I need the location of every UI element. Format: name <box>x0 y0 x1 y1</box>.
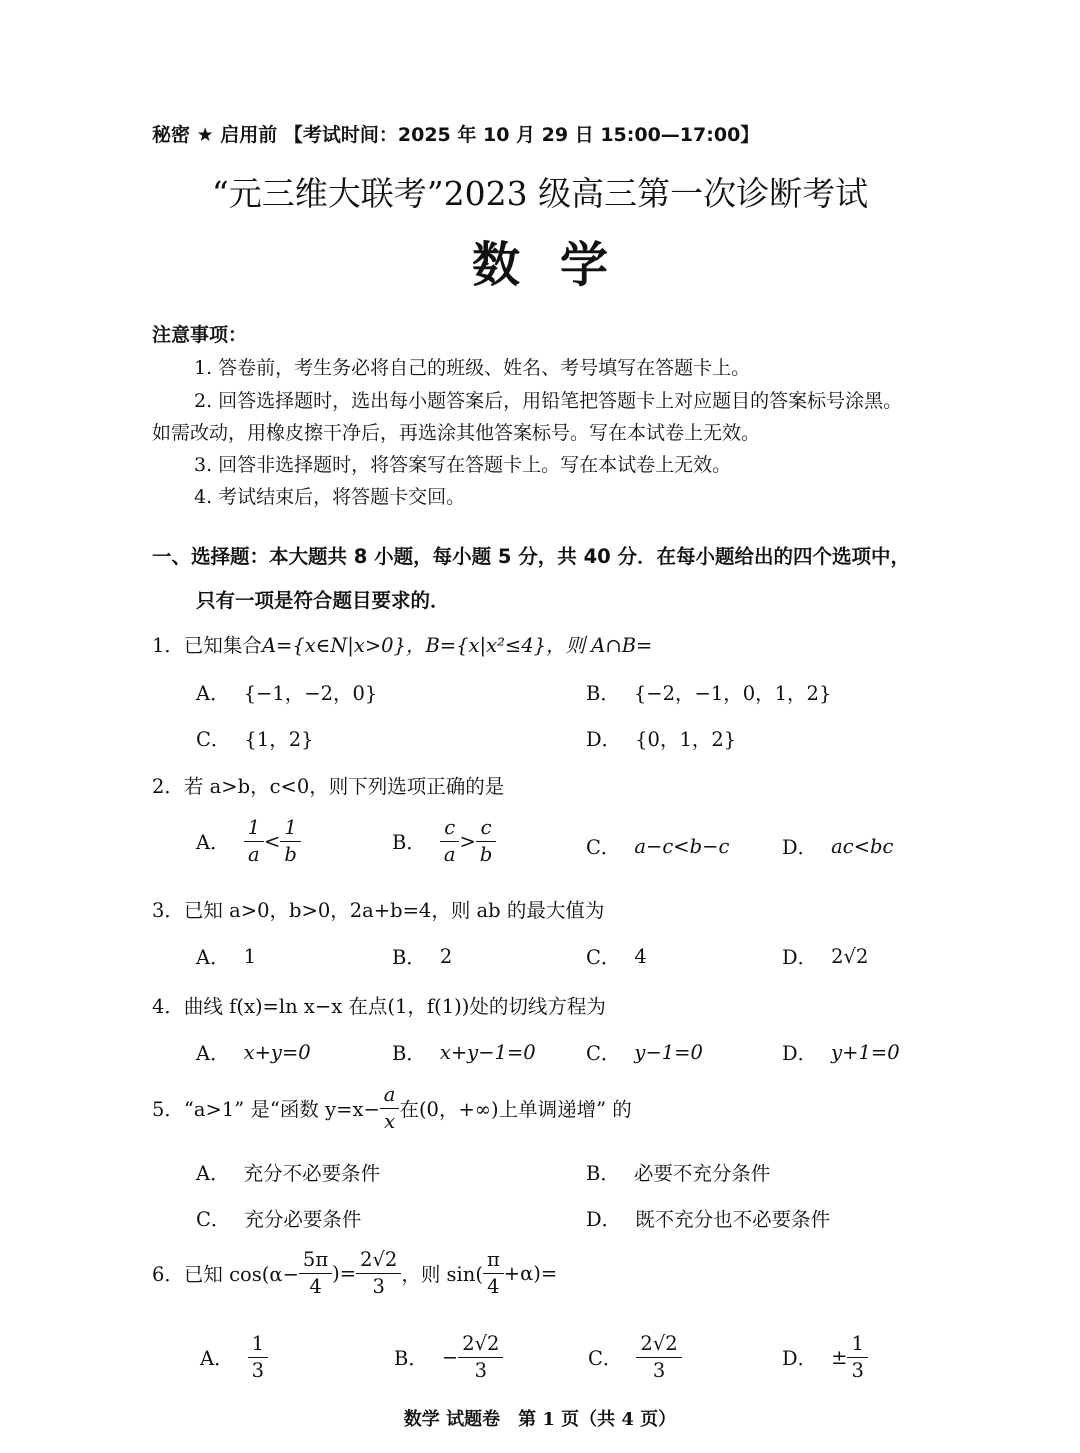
page-footer: 数学 试题卷 第 1 页（共 4 页） <box>0 1405 1080 1431</box>
option-letter: C． <box>586 1038 620 1066</box>
q6-option-a[interactable]: A． 13 <box>200 1334 268 1380</box>
question-4: 4．曲线 f(x)=ln x−x 在点(1，f(1))处的切线方程为 <box>152 991 606 1019</box>
question-stem: 已知集合 <box>184 634 262 657</box>
equals: )= <box>332 1262 356 1285</box>
option-letter: C． <box>586 942 620 970</box>
option-letter: B． <box>586 1158 620 1186</box>
option-letter: A． <box>196 1038 230 1066</box>
option-text: {−1，−2，0} <box>244 678 378 706</box>
question-stem-post: 在(0，+∞)上单调递增” 的 <box>399 1094 631 1122</box>
fraction: π4 <box>485 1250 502 1296</box>
option-letter: D． <box>782 1038 817 1066</box>
notice-item-1: 1. 答卷前，考生务必将自己的班级、姓名、考号填写在答题卡上。 <box>194 353 750 380</box>
option-letter: B． <box>392 827 426 855</box>
section-heading: 一、选择题：本大题共 8 小题，每小题 5 分，共 40 分．在每小题给出的四个… <box>152 541 910 569</box>
option-letter: D． <box>586 724 621 752</box>
fraction: 13 <box>849 1334 865 1380</box>
option-letter: A． <box>196 942 230 970</box>
question-1: 1．已知集合A={x∈N|x>0}，B={x|x²≤4}，则 A∩B= <box>152 630 652 658</box>
option-letter: A． <box>196 1158 230 1186</box>
question-number: 6． <box>152 1259 184 1287</box>
option-text: y+1=0 <box>831 1041 900 1064</box>
notice-item-4: 4. 考试结束后，将答题卡交回。 <box>194 482 465 509</box>
option-text: 4 <box>634 945 646 968</box>
option-text: {0，1，2} <box>635 724 736 752</box>
q3-option-a[interactable]: A．1 <box>196 942 256 970</box>
q3-option-b[interactable]: B．2 <box>392 942 452 970</box>
question-stem: 若 a>b，c<0，则下列选项正确的是 <box>184 775 504 798</box>
q5-option-a[interactable]: A．充分不必要条件 <box>196 1158 380 1186</box>
q2-option-d[interactable]: D．ac<bc <box>782 832 893 860</box>
option-text: ac<bc <box>831 835 893 858</box>
fraction: 13 <box>250 1334 266 1380</box>
option-letter: B． <box>392 1038 426 1066</box>
question-3: 3．已知 a>0，b>0，2a+b=4，则 ab 的最大值为 <box>152 895 604 923</box>
option-letter: C． <box>588 1343 622 1371</box>
q1-option-c[interactable]: C．{1，2} <box>196 724 314 752</box>
fraction: cb <box>478 818 494 864</box>
q6-option-c[interactable]: C． 2√23 <box>588 1334 682 1380</box>
q4-option-d[interactable]: D．y+1=0 <box>782 1038 900 1066</box>
question-number: 1． <box>152 634 184 657</box>
q5-option-b[interactable]: B．必要不充分条件 <box>586 1158 770 1186</box>
notice-heading: 注意事项： <box>152 320 247 347</box>
option-text: 1 <box>244 945 256 968</box>
option-text: 2√2 <box>831 945 868 968</box>
option-letter: D． <box>586 1204 621 1232</box>
option-letter: C． <box>586 832 620 860</box>
option-letter: A． <box>200 1343 234 1371</box>
q5-option-d[interactable]: D．既不充分也不必要条件 <box>586 1204 830 1232</box>
q4-option-a[interactable]: A．x+y=0 <box>196 1038 311 1066</box>
option-letter: D． <box>782 1343 817 1371</box>
option-letter: A． <box>196 678 230 706</box>
option-letter: B． <box>586 678 620 706</box>
option-text: 2 <box>440 945 452 968</box>
fraction: 2√23 <box>638 1334 679 1380</box>
option-letter: C． <box>196 1204 230 1232</box>
exam-title: “元三维大联考”2023 级高三第一次诊断考试 <box>0 168 1080 215</box>
fraction: 1b <box>282 818 298 864</box>
fraction: ax <box>382 1085 398 1131</box>
option-text: 必要不充分条件 <box>634 1158 771 1186</box>
operator: > <box>459 830 475 853</box>
fraction: 2√23 <box>358 1250 399 1296</box>
sign: ± <box>831 1346 847 1369</box>
option-text: {−2，−1，0，1，2} <box>634 678 832 706</box>
q6-option-d[interactable]: D． ± 13 <box>782 1334 868 1380</box>
question-stem-post: +α)= <box>504 1262 557 1285</box>
notice-item-2-continued: 如需改动，用橡皮擦干净后，再选涂其他答案标号。写在本试卷上无效。 <box>152 418 760 445</box>
q2-option-b[interactable]: B． ca > cb <box>392 818 496 864</box>
q3-option-c[interactable]: C．4 <box>586 942 647 970</box>
fraction: 5π4 <box>301 1250 330 1296</box>
option-letter: C． <box>196 724 230 752</box>
option-letter: D． <box>782 942 817 970</box>
option-text: 充分必要条件 <box>244 1204 361 1232</box>
question-math: A={x∈N|x>0}，B={x|x²≤4}，则 A∩B= <box>262 634 652 657</box>
notice-item-2: 2. 回答选择题时，选出每小题答案后，用铅笔把答题卡上对应题目的答案标号涂黑。 <box>194 386 902 413</box>
q2-option-c[interactable]: C．a−c<b−c <box>586 832 729 860</box>
option-text: x+y=0 <box>244 1041 311 1064</box>
question-number: 4． <box>152 995 184 1018</box>
q2-option-a[interactable]: A． 1a < 1b <box>196 818 301 864</box>
fraction: ca <box>442 818 458 864</box>
operator: < <box>264 830 280 853</box>
subject-title: 数学 <box>0 226 1080 295</box>
q4-option-c[interactable]: C．y−1=0 <box>586 1038 703 1066</box>
question-stem: 曲线 f(x)=ln x−x 在点(1，f(1))处的切线方程为 <box>184 995 606 1018</box>
option-letter: B． <box>392 942 426 970</box>
q1-option-a[interactable]: A．{−1，−2，0} <box>196 678 377 706</box>
option-letter: D． <box>782 832 817 860</box>
q6-option-b[interactable]: B． − 2√23 <box>394 1334 503 1380</box>
question-2: 2．若 a>b，c<0，则下列选项正确的是 <box>152 771 504 799</box>
option-text: x+y−1=0 <box>440 1041 536 1064</box>
sign: − <box>442 1346 458 1369</box>
q5-option-c[interactable]: C．充分必要条件 <box>196 1204 361 1232</box>
option-letter: B． <box>394 1343 428 1371</box>
question-stem: 已知 a>0，b>0，2a+b=4，则 ab 的最大值为 <box>184 899 604 922</box>
q1-option-d[interactable]: D．{0，1，2} <box>586 724 736 752</box>
option-text: 充分不必要条件 <box>244 1158 381 1186</box>
option-letter: A． <box>196 827 230 855</box>
q4-option-b[interactable]: B．x+y−1=0 <box>392 1038 536 1066</box>
q3-option-d[interactable]: D．2√2 <box>782 942 868 970</box>
question-stem: 已知 cos(α− <box>184 1259 299 1287</box>
q1-option-b[interactable]: B．{−2，−1，0，1，2} <box>586 678 831 706</box>
section-heading-continued: 只有一项是符合题目要求的． <box>196 585 450 613</box>
option-text: {1，2} <box>244 724 313 752</box>
notice-item-3: 3. 回答非选择题时，将答案写在答题卡上。写在本试卷上无效。 <box>194 450 731 477</box>
confidential-header: 秘密 ★ 启用前 【考试时间：2025 年 10 月 29 日 15:00—17… <box>152 120 759 147</box>
question-number: 2． <box>152 775 184 798</box>
question-number: 3． <box>152 899 184 922</box>
question-5: 5． “a>1” 是“函数 y=x− ax 在(0，+∞)上单调递增” 的 <box>152 1085 632 1131</box>
fraction: 1a <box>246 818 262 864</box>
question-6: 6． 已知 cos(α− 5π4 )= 2√23 ，则 sin( π4 +α)= <box>152 1250 557 1296</box>
option-text: a−c<b−c <box>634 835 729 858</box>
question-stem-mid: ，则 sin( <box>401 1259 483 1287</box>
option-text: 既不充分也不必要条件 <box>635 1204 830 1232</box>
question-stem: “a>1” 是“函数 y=x− <box>184 1094 380 1122</box>
question-number: 5． <box>152 1094 184 1122</box>
option-text: y−1=0 <box>634 1041 703 1064</box>
fraction: 2√23 <box>460 1334 501 1380</box>
